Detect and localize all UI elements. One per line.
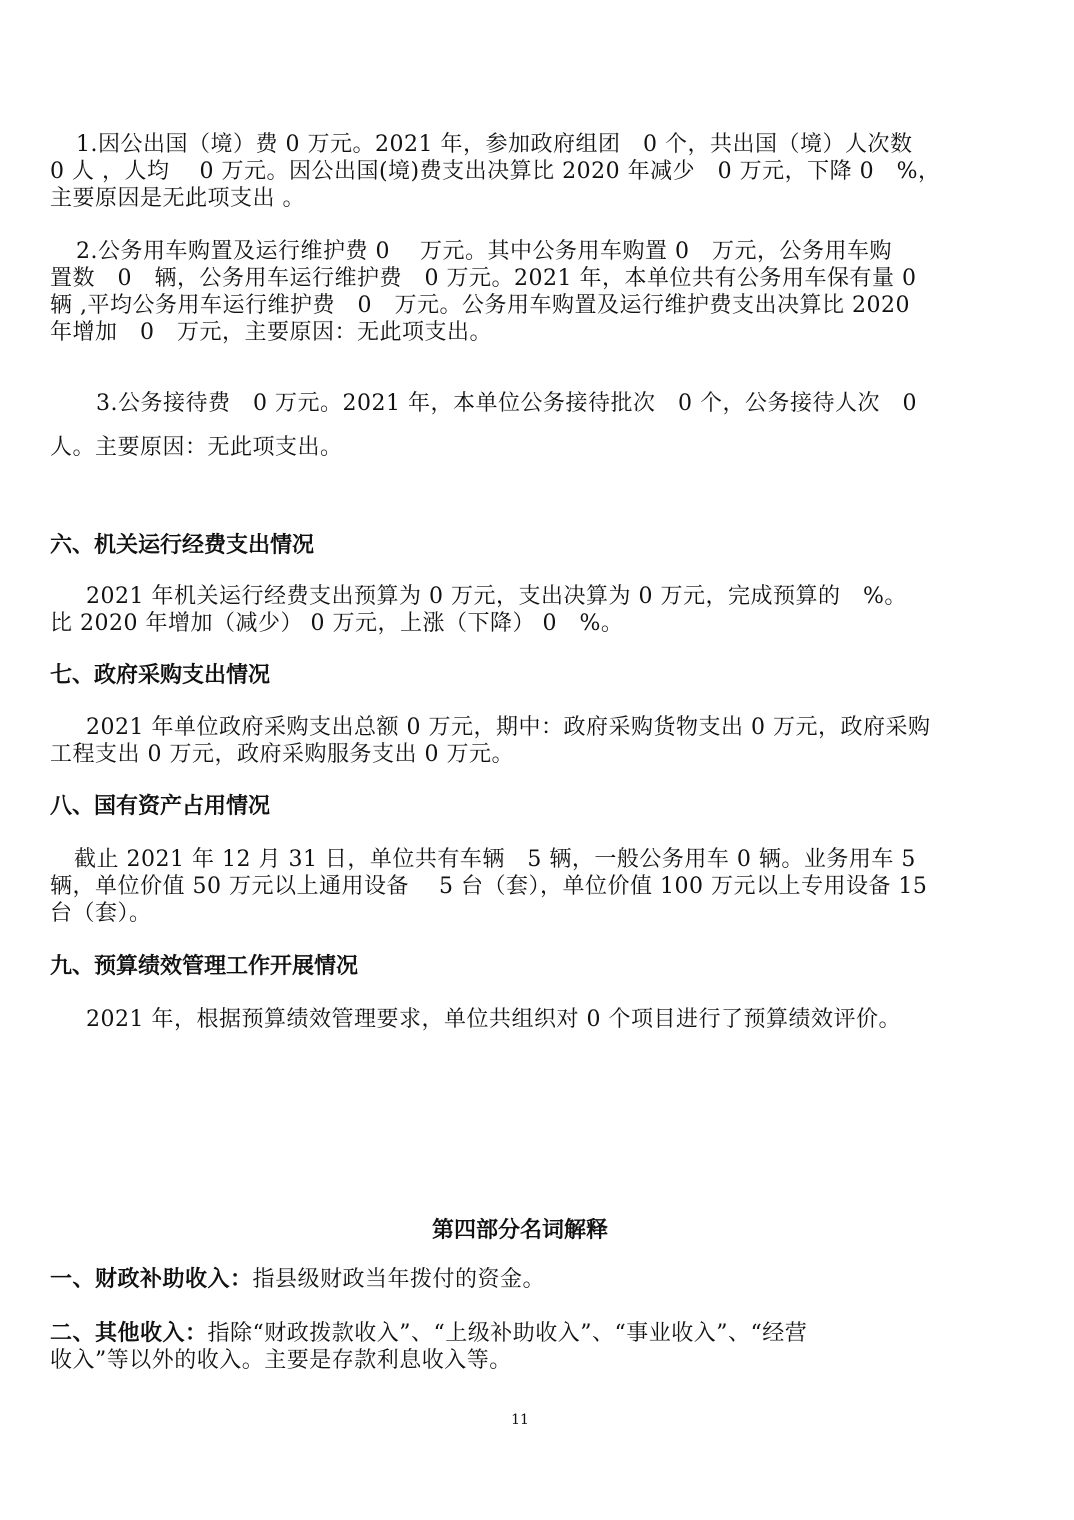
line: 人。主要原因：无此项支出。 — [50, 426, 995, 470]
section-body-operating-expenses: 2021 年机关运行经费支出预算为 0 万元，支出决算为 0 万元，完成预算的 … — [50, 583, 995, 637]
term-label: 二、其他收入： — [50, 1321, 208, 1346]
glossary-term-other-income: 二、其他收入：指除“财政拨款收入”、“上级补助收入”、“事业收入”、“经营 收入… — [50, 1320, 995, 1374]
document-page: 1.因公出国（境）费 0 万元。2021 年，参加政府组团 0 个，共出国（境）… — [0, 0, 1074, 1520]
line: 主要原因是无此项支出 。 — [50, 185, 995, 212]
section-body-performance-management: 2021 年，根据预算绩效管理要求，单位共组织对 0 个项目进行了预算绩效评价。 — [50, 1006, 995, 1033]
line: 2.公务用车购置及运行维护费 0 万元。其中公务用车购置 0 万元，公务用车购 — [50, 238, 995, 265]
item-overseas-expense: 1.因公出国（境）费 0 万元。2021 年，参加政府组团 0 个，共出国（境）… — [50, 131, 995, 212]
page-number: 11 — [0, 1412, 1040, 1428]
line: 置数 0 辆，公务用车运行维护费 0 万元。2021 年，本单位共有公务用车保有… — [50, 265, 995, 292]
part-title-glossary: 第四部分名词解释 — [0, 1213, 1040, 1244]
line: 2021 年单位政府采购支出总额 0 万元，期中：政府采购货物支出 0 万元，政… — [50, 714, 995, 741]
line: 辆 ,平均公务用车运行维护费 0 万元。公务用车购置及运行维护费支出决算比 20… — [50, 292, 995, 319]
section-heading-performance-management: 九、预算绩效管理工作开展情况 — [50, 953, 358, 981]
section-body-state-assets: 截止 2021 年 12 月 31 日，单位共有车辆 5 辆，一般公务用车 0 … — [50, 846, 995, 927]
line: 工程支出 0 万元，政府采购服务支出 0 万元。 — [50, 741, 995, 768]
section-body-procurement: 2021 年单位政府采购支出总额 0 万元，期中：政府采购货物支出 0 万元，政… — [50, 714, 995, 768]
line: 年增加 0 万元，主要原因：无此项支出。 — [50, 319, 995, 346]
item-vehicle-expense: 2.公务用车购置及运行维护费 0 万元。其中公务用车购置 0 万元，公务用车购 … — [50, 238, 995, 346]
line: 2021 年，根据预算绩效管理要求，单位共组织对 0 个项目进行了预算绩效评价。 — [50, 1006, 995, 1033]
term-definition-continued: 收入”等以外的收入。主要是存款利息收入等。 — [50, 1347, 995, 1374]
term-definition: 指县级财政当年拨付的资金。 — [253, 1267, 546, 1292]
line: 0 人 ，人均 0 万元。因公出国(境)费支出决算比 2020 年减少 0 万元… — [50, 158, 995, 185]
section-heading-operating-expenses: 六、机关运行经费支出情况 — [50, 532, 314, 560]
line: 比 2020 年增加（减少） 0 万元，上涨（下降） 0 %。 — [50, 610, 995, 637]
line: 3.公务接待费 0 万元。2021 年，本单位公务接待批次 0 个，公务接待人次… — [50, 382, 995, 426]
line: 2021 年机关运行经费支出预算为 0 万元，支出决算为 0 万元，完成预算的 … — [50, 583, 995, 610]
line: 截止 2021 年 12 月 31 日，单位共有车辆 5 辆，一般公务用车 0 … — [50, 846, 995, 873]
section-heading-procurement: 七、政府采购支出情况 — [50, 662, 270, 690]
line: 台（套）。 — [50, 900, 995, 927]
term-label: 一、财政补助收入： — [50, 1267, 253, 1292]
item-reception-expense: 3.公务接待费 0 万元。2021 年，本单位公务接待批次 0 个，公务接待人次… — [50, 382, 995, 470]
section-heading-state-assets: 八、国有资产占用情况 — [50, 793, 270, 821]
line: 1.因公出国（境）费 0 万元。2021 年，参加政府组团 0 个，共出国（境）… — [50, 131, 995, 158]
term-definition: 指除“财政拨款收入”、“上级补助收入”、“事业收入”、“经营 — [208, 1321, 808, 1346]
line: 辆，单位价值 50 万元以上通用设备 5 台（套），单位价值 100 万元以上专… — [50, 873, 995, 900]
glossary-term-fiscal-subsidy: 一、财政补助收入：指县级财政当年拨付的资金。 — [50, 1266, 995, 1293]
